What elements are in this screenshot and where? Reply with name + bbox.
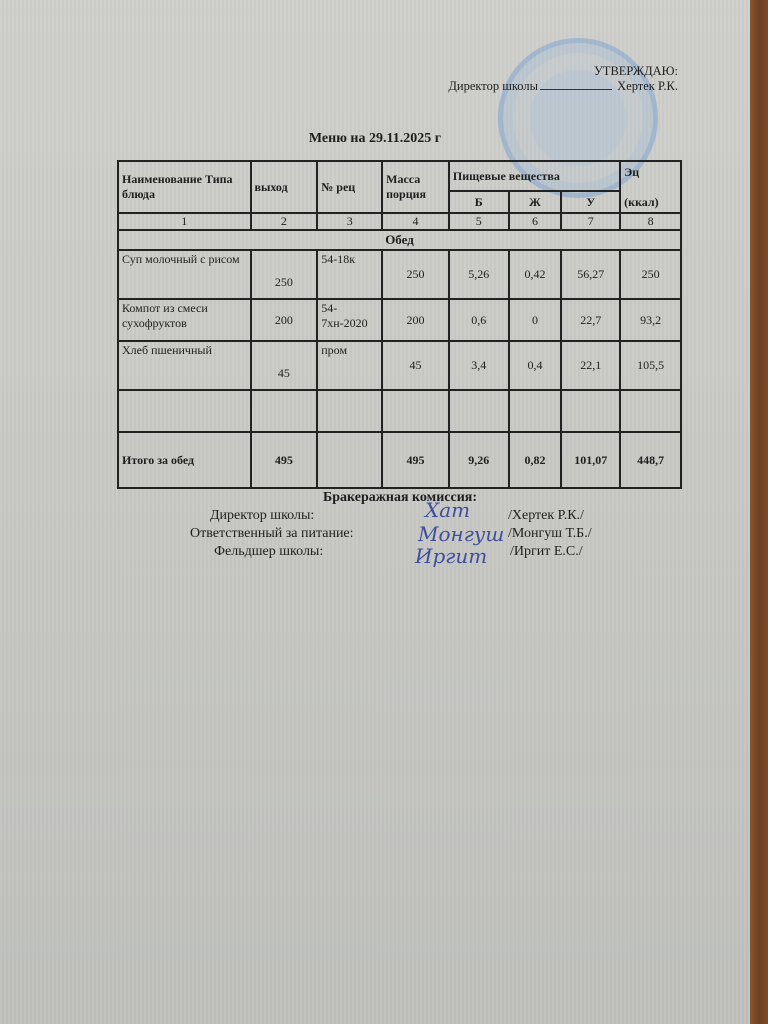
table-row: Хлеб пшеничный 45 пром 45 3,4 0,4 22,1 1… [118,341,681,390]
member-role: Фельдшер школы: [214,544,323,560]
header-nutrients: Пищевые вещества [449,161,620,191]
total-row: Итого за обед 495 495 9,26 0,82 101,07 4… [118,432,681,488]
commission-block: Бракеражная комиссия: Директор школы: /Х… [0,490,750,506]
approval-name: Хертек Р.К. [617,79,678,93]
signature: Хат [425,498,470,522]
menu-table: Наименование Типа блюда выход № рец Масс… [117,160,682,489]
table-row: Компот из смеси сухофруктов 200 54-7хн-2… [118,299,681,341]
member-name: /Хертек Р.К./ [508,508,584,524]
approval-block: УТВЕРЖДАЮ: Директор школы Хертек Р.К. [448,64,678,94]
header-fat: Ж [509,191,562,213]
member-name: /Монгуш Т.Б./ [508,526,592,542]
empty-row [118,390,681,432]
director-signature [540,79,612,90]
approval-label: УТВЕРЖДАЮ: [448,64,678,79]
section-title: Обед [118,230,681,250]
table-row: Суп молочный с рисом 250 54-18к 250 5,26… [118,250,681,299]
header-name: Наименование Типа блюда [118,161,251,213]
menu-title: Меню на 29.11.2025 г [0,131,750,147]
table-surface [750,0,768,1024]
approval-position: Директор школы [448,79,538,93]
signature: Иргит [415,544,487,568]
header-mass: Масса порция [382,161,449,213]
column-number-row: 1 2 3 4 5 6 7 8 [118,213,681,230]
header-recipe: № рец [317,161,382,213]
header-energy: Эц(ккал) [620,161,681,213]
commission-heading: Бракеражная комиссия: [50,490,750,506]
member-role: Ответственный за питание: [190,526,354,542]
member-role: Директор школы: [210,508,314,524]
header-protein: Б [449,191,509,213]
signature: Монгуш [418,522,504,546]
header-carbs: У [561,191,620,213]
header-yield: выход [251,161,318,213]
member-name: /Иргит Е.С./ [510,544,583,560]
